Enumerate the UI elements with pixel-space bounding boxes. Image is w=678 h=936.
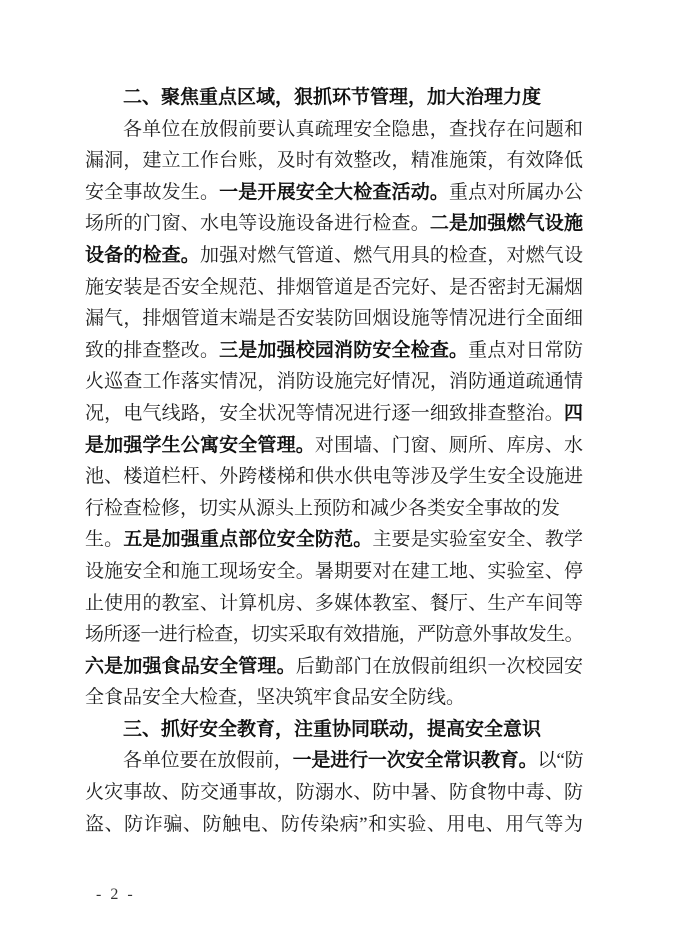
text-run: 生。	[85, 529, 123, 550]
text-run: 况，电气线路，安全状况等情况进行逐一细致排查整治。	[85, 403, 564, 424]
section-heading: 三、抓好安全教育，注重协同联动，提高安全意识	[85, 714, 583, 746]
text-line: 施安装是否安全规范、排烟管道是否完好、是否密封无漏烟	[85, 272, 583, 304]
text-run: 场所逐一进行检查，切实采取有效措施，严防意外事故发生。	[85, 624, 583, 645]
bold-run: 二是加强燃气设施	[430, 213, 583, 234]
text-run: 施安装是否安全规范、排烟管道是否完好、是否密封无漏烟	[85, 277, 583, 298]
text-line: 盗、防诈骗、防触电、防传染病”和实验、用电、用气等为	[85, 809, 583, 841]
bold-run: 设备的检查。	[85, 245, 200, 266]
text-line: 设施安全和施工现场安全。暑期要对在建工地、实验室、停	[85, 556, 583, 588]
text-run: 止使用的教室、计算机房、多媒体教室、餐厅、生产车间等	[85, 593, 583, 614]
bold-run: 是加强学生公寓安全管理。	[85, 435, 315, 456]
text-run: 致的排查整改。	[85, 340, 219, 361]
text-run: 重点对所属办公	[449, 182, 583, 203]
text-line: 安全事故发生。一是开展安全大检查活动。重点对所属办公	[85, 177, 583, 209]
text-run: 行检查检修，切实从源头上预防和减少各类安全事故的发	[85, 498, 560, 519]
text-run: 对围墙、门窗、厕所、库房、水	[315, 435, 583, 456]
text-run: 漏气，排烟管道末端是否安装防回烟设施等情况进行全面细	[85, 308, 583, 329]
bold-run: 二、聚焦重点区域，狠抓环节管理，加大治理力度	[123, 87, 541, 108]
text-run: 加强对燃气管道、燃气用具的检查，对燃气设	[200, 245, 583, 266]
bold-run: 五是加强重点部位安全防范。	[123, 529, 372, 550]
bold-run: 三是加强校园消防安全检查。	[219, 340, 468, 361]
text-line: 全食品安全大检查，坚决筑牢食品安全防线。	[85, 682, 583, 714]
text-line: 池、楼道栏杆、外跨楼梯和供水供电等涉及学生安全设施进	[85, 461, 583, 493]
text-run: 后勤部门在放假前组织一次校园安	[296, 656, 583, 677]
document-page: 二、聚焦重点区域，狠抓环节管理，加大治理力度各单位在放假前要认真疏理安全隐患，查…	[0, 0, 678, 936]
text-run: 重点对日常防	[468, 340, 583, 361]
text-line: 各单位要在放假前，一是进行一次安全常识教育。以“防	[85, 745, 583, 777]
text-line: 致的排查整改。三是加强校园消防安全检查。重点对日常防	[85, 335, 583, 367]
text-line: 况，电气线路，安全状况等情况进行逐一细致排查整治。四	[85, 398, 583, 430]
section-heading: 二、聚焦重点区域，狠抓环节管理，加大治理力度	[85, 82, 583, 114]
bold-run: 一是开展安全大检查活动。	[219, 182, 449, 203]
text-line: 生。五是加强重点部位安全防范。主要是实验室安全、教学	[85, 524, 583, 556]
text-line: 是加强学生公寓安全管理。对围墙、门窗、厕所、库房、水	[85, 430, 583, 462]
text-run: 火灾事故、防交通事故，防溺水、防中暑、防食物中毒、防	[85, 782, 583, 803]
document-body: 二、聚焦重点区域，狠抓环节管理，加大治理力度各单位在放假前要认真疏理安全隐患，查…	[85, 82, 583, 840]
text-line: 火巡查工作落实情况，消防设施完好情况，消防通道疏通情	[85, 366, 583, 398]
text-run: 主要是实验室安全、教学	[372, 529, 583, 550]
text-run: 池、楼道栏杆、外跨楼梯和供水供电等涉及学生安全设施进	[85, 466, 583, 487]
bold-run: 六是加强食品安全管理。	[85, 656, 296, 677]
text-line: 止使用的教室、计算机房、多媒体教室、餐厅、生产车间等	[85, 588, 583, 620]
text-run: 漏洞，建立工作台账，及时有效整改，精准施策，有效降低	[85, 150, 583, 171]
text-line: 行检查检修，切实从源头上预防和减少各类安全事故的发	[85, 493, 583, 525]
text-run: 各单位在放假前要认真疏理安全隐患，查找存在问题和	[123, 119, 583, 140]
text-line: 场所的门窗、水电等设施设备进行检查。二是加强燃气设施	[85, 208, 583, 240]
text-line: 各单位在放假前要认真疏理安全隐患，查找存在问题和	[85, 114, 583, 146]
text-line: 六是加强食品安全管理。后勤部门在放假前组织一次校园安	[85, 651, 583, 683]
text-run: 盗、防诈骗、防触电、防传染病”和实验、用电、用气等为	[85, 814, 583, 835]
bold-run: 四	[564, 403, 583, 424]
text-run: 安全事故发生。	[85, 182, 219, 203]
text-line: 漏洞，建立工作台账，及时有效整改，精准施策，有效降低	[85, 145, 583, 177]
page-number: - 2 -	[96, 886, 135, 904]
text-run: 全食品安全大检查，坚决筑牢食品安全防线。	[85, 687, 465, 708]
text-line: 设备的检查。加强对燃气管道、燃气用具的检查，对燃气设	[85, 240, 583, 272]
text-line: 火灾事故、防交通事故，防溺水、防中暑、防食物中毒、防	[85, 777, 583, 809]
text-line: 漏气，排烟管道末端是否安装防回烟设施等情况进行全面细	[85, 303, 583, 335]
text-run: 设施安全和施工现场安全。暑期要对在建工地、实验室、停	[85, 561, 583, 582]
bold-run: 一是进行一次安全常识教育。	[293, 750, 538, 771]
text-run: 以“防	[537, 750, 583, 771]
bold-run: 三、抓好安全教育，注重协同联动，提高安全意识	[123, 719, 541, 740]
text-run: 场所的门窗、水电等设施设备进行检查。	[85, 213, 430, 234]
text-line: 场所逐一进行检查，切实采取有效措施，严防意外事故发生。	[85, 619, 583, 651]
text-run: 火巡查工作落实情况，消防设施完好情况，消防通道疏通情	[85, 371, 583, 392]
text-run: 各单位要在放假前，	[123, 750, 293, 771]
